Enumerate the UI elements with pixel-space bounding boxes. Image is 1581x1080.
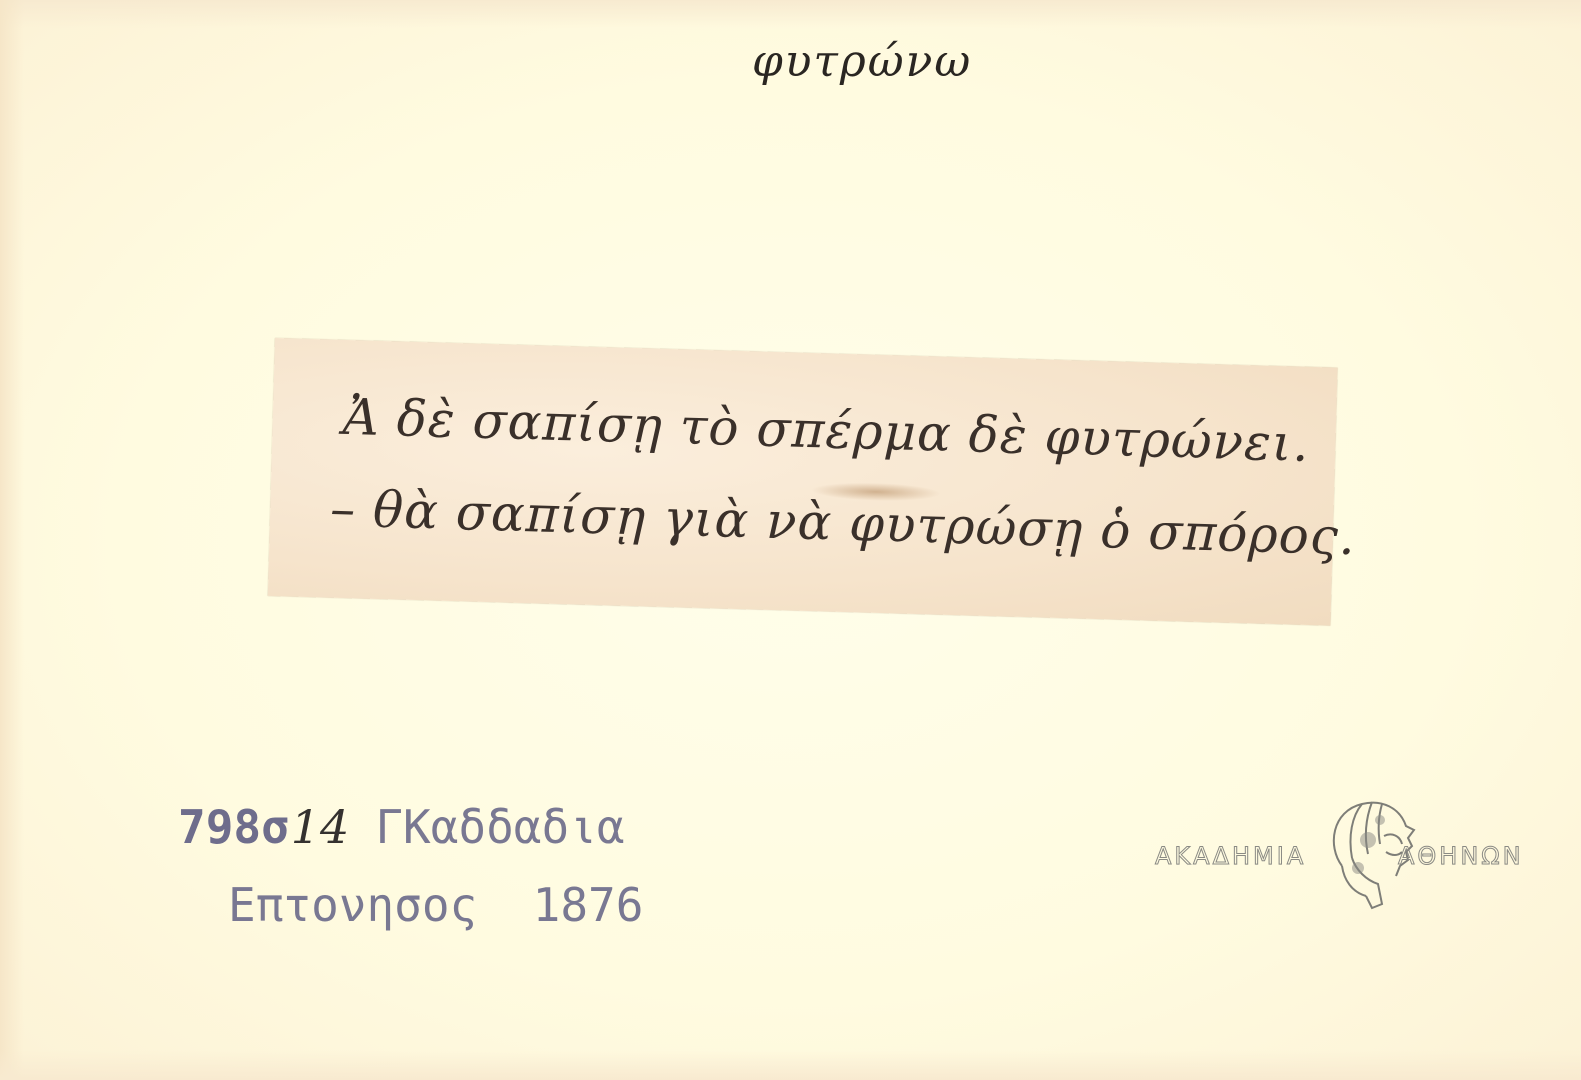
handwritten-number: 14 <box>291 800 350 854</box>
stamp-line-2: Επτονησος 1876 <box>228 878 643 932</box>
headword: φυτρώνω <box>752 36 972 87</box>
stamp-year: 1876 <box>533 878 644 932</box>
archive-card: φυτρώνω Ἀ δὲ σαπίσῃ τὸ σπέρμα δὲ φυτρώνε… <box>0 0 1581 1080</box>
pasted-label-slip: Ἀ δὲ σαπίσῃ τὸ σπέρμα δὲ φυτρώνει. – θὰ … <box>268 338 1338 626</box>
academy-name-left: ΑΚΑΔΗΜΙΑ <box>1155 842 1306 870</box>
paper-edge-left <box>0 0 24 1080</box>
stamp-region: Επτονησος <box>228 878 477 932</box>
stamp-line-1: 798σ14ΓΚαδδαδια <box>178 800 625 854</box>
stamp-number: 798σ <box>178 800 289 854</box>
stamp-place: ΓΚαδδαδια <box>375 800 624 854</box>
paper-edge-top <box>0 0 1581 28</box>
slip-line-1: Ἀ δὲ σαπίσῃ τὸ σπέρμα δὲ φυτρώνει. <box>342 388 1310 473</box>
academy-name-right: ΑΘΗΝΩΝ <box>1398 842 1524 870</box>
paper-edge-bottom <box>0 1050 1581 1080</box>
